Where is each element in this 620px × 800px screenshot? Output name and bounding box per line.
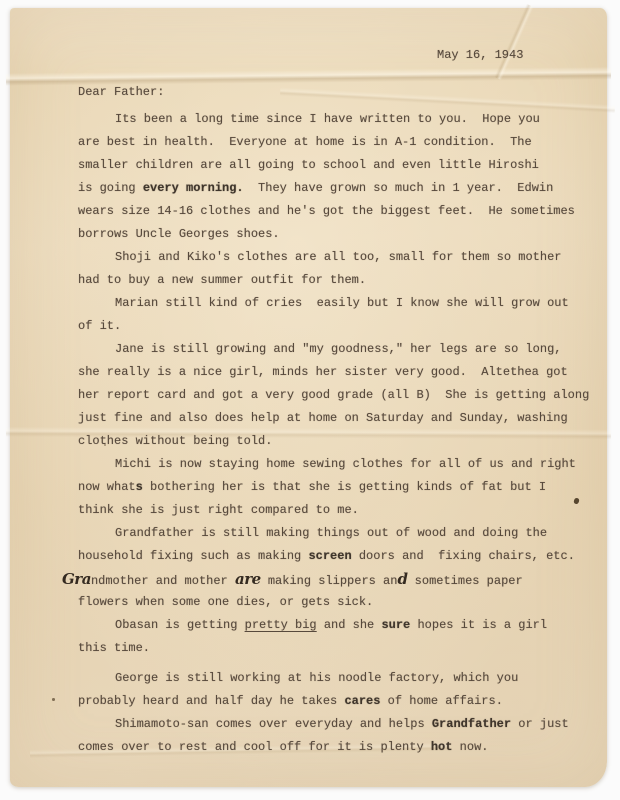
letter-line: just fine and also does help at home on … (78, 407, 583, 430)
typed-text: comes over to rest and cool off for it i… (78, 740, 431, 754)
typed-text: bothering her is that she is getting kin… (143, 480, 546, 494)
typed-text: she really is a nice girl, minds her sis… (78, 365, 568, 379)
typed-text: household fixing such as making (78, 549, 308, 563)
typed-text: George is still working at his noodle fa… (115, 671, 518, 685)
paragraph: Marian still kind of cries easily but I … (78, 292, 583, 338)
letter-line: clothes without being told. (78, 430, 583, 453)
letter-salutation: Dear Father: (78, 81, 583, 104)
typed-text: Obasan is getting (115, 618, 245, 632)
typed-text: smaller children are all going to school… (78, 158, 539, 172)
letter-line: wears size 14-16 clothes and he's got th… (78, 200, 583, 223)
typed-text: making slippers an (261, 574, 398, 588)
typed-text: her report card and got a very good grad… (78, 388, 589, 402)
letter-line: this time. (78, 637, 583, 660)
letter-line: flowers when some one dies, or gets sick… (78, 591, 583, 614)
typed-text: sometimes paper (407, 574, 522, 588)
typed-text: borrows Uncle Georges shoes. (78, 227, 280, 241)
letter-line: she really is a nice girl, minds her sis… (78, 361, 583, 384)
heavy-ink-text: hot (431, 740, 453, 754)
letter-line: Shimamoto-san comes over everyday and he… (78, 713, 583, 736)
typed-text: are best in health. Everyone at home is … (78, 135, 532, 149)
typed-text: hopes it is a girl (410, 618, 547, 632)
paragraph: Grandmother and mother are making slippe… (78, 568, 583, 614)
paragraph: Shimamoto-san comes over everyday and he… (78, 713, 583, 759)
paragraph: Its been a long time since I have writte… (78, 108, 583, 246)
typed-text: They have grown so much in 1 year. Edwin (244, 181, 554, 195)
typed-text: probably heard and half day he takes (78, 694, 344, 708)
typed-text: now. (452, 740, 488, 754)
letter-line: Michi is now staying home sewing clothes… (78, 453, 583, 476)
typed-text: ndmother and mother (91, 574, 235, 588)
typed-text: Jane is still growing and "my goodness,"… (115, 342, 561, 356)
heavy-ink-text: screen (308, 549, 351, 563)
typed-text: clothes without being told. (78, 434, 272, 448)
handwritten-correction: are (235, 570, 261, 588)
typed-text: Shoji and Kiko's clothes are all too, sm… (115, 250, 561, 264)
typed-text: just fine and also does help at home on … (78, 411, 568, 425)
heavy-ink-text: every morning. (143, 181, 244, 195)
typed-text: had to buy a new summer outfit for them. (78, 273, 366, 287)
typed-text: Shimamoto-san comes over everyday and he… (115, 717, 432, 731)
heavy-ink-text: sure (381, 618, 410, 632)
typed-text: Michi is now staying home sewing clothes… (115, 457, 576, 471)
letter-content: May 16, 1943 Dear Father: Its been a lon… (78, 44, 583, 777)
letter-line: smaller children are all going to school… (78, 154, 583, 177)
heavy-ink-text: s (136, 480, 143, 494)
typed-text: doors and fixing chairs, etc. (352, 549, 575, 563)
typed-text: wears size 14-16 clothes and he's got th… (78, 204, 575, 218)
letter-paper: May 16, 1943 Dear Father: Its been a lon… (10, 8, 607, 787)
letter-line: Grandmother and mother are making slippe… (78, 568, 583, 591)
letter-line: her report card and got a very good grad… (78, 384, 583, 407)
letter-line: of it. (78, 315, 583, 338)
letter-line: is going every morning. They have grown … (78, 177, 583, 200)
heavy-ink-text: Grandfather (432, 717, 511, 731)
letter-line: borrows Uncle Georges shoes. (78, 223, 583, 246)
letter-line: think she is just right compared to me. (78, 499, 583, 522)
letter-date: May 16, 1943 (437, 44, 583, 67)
typed-text: of home affairs. (380, 694, 502, 708)
handwritten-correction: Gra (62, 570, 91, 588)
paragraph: Grandfather is still making things out o… (78, 522, 583, 568)
letter-line: Grandfather is still making things out o… (78, 522, 583, 545)
paragraph: Shoji and Kiko's clothes are all too, sm… (78, 246, 583, 292)
paragraph: Jane is still growing and "my goodness,"… (78, 338, 583, 453)
letter-line: Obasan is getting pretty big and she sur… (78, 614, 583, 637)
paper-speck (52, 698, 55, 701)
typed-text: Its been a long time since I have writte… (115, 112, 540, 126)
typed-text: is going (78, 181, 143, 195)
letter-line: comes over to rest and cool off for it i… (78, 736, 583, 759)
letter-line: household fixing such as making screen d… (78, 545, 583, 568)
letter-line: Marian still kind of cries easily but I … (78, 292, 583, 315)
handwritten-correction: d (397, 570, 407, 588)
heavy-ink-text: cares (344, 694, 380, 708)
typed-text: Marian still kind of cries easily but I … (115, 296, 569, 310)
typed-text: or just (511, 717, 569, 731)
paragraph: Michi is now staying home sewing clothes… (78, 453, 583, 522)
letter-line: Its been a long time since I have writte… (78, 108, 583, 131)
typed-text: Grandfather is still making things out o… (115, 526, 547, 540)
letter-line: Shoji and Kiko's clothes are all too, sm… (78, 246, 583, 269)
typed-text: think she is just right compared to me. (78, 503, 359, 517)
letter-line: now whats bothering her is that she is g… (78, 476, 583, 499)
letter-line: are best in health. Everyone at home is … (78, 131, 583, 154)
letter-line: had to buy a new summer outfit for them. (78, 269, 583, 292)
typed-text: flowers when some one dies, or gets sick… (78, 595, 373, 609)
paragraph: George is still working at his noodle fa… (78, 667, 583, 713)
underlined-text: pretty big (245, 618, 317, 632)
typed-text: and she (317, 618, 382, 632)
typed-text: this time. (78, 641, 150, 655)
letter-line: probably heard and half day he takes car… (78, 690, 583, 713)
letter-line: George is still working at his noodle fa… (78, 667, 583, 690)
paragraph: Obasan is getting pretty big and she sur… (78, 614, 583, 660)
letter-line: Jane is still growing and "my goodness,"… (78, 338, 583, 361)
letter-body: Its been a long time since I have writte… (78, 108, 583, 759)
typed-text: of it. (78, 319, 121, 333)
typed-text: now what (78, 480, 136, 494)
